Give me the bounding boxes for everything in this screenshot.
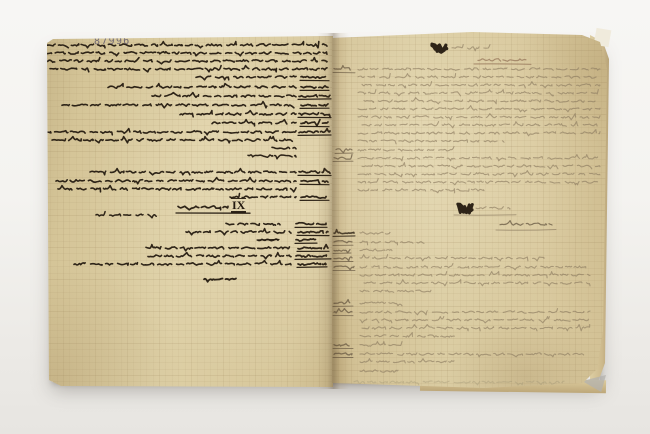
handwriting-pencil-right xyxy=(332,31,609,391)
archive-stamp: 87996 xyxy=(94,36,131,47)
handwriting-ink-left xyxy=(44,36,333,387)
notebook-right-page xyxy=(332,31,609,391)
scene-number-heading: IX xyxy=(231,198,246,213)
notebook-left-page: 87996 IX xyxy=(44,36,333,387)
photo-backdrop: 87996 IX xyxy=(0,0,650,434)
